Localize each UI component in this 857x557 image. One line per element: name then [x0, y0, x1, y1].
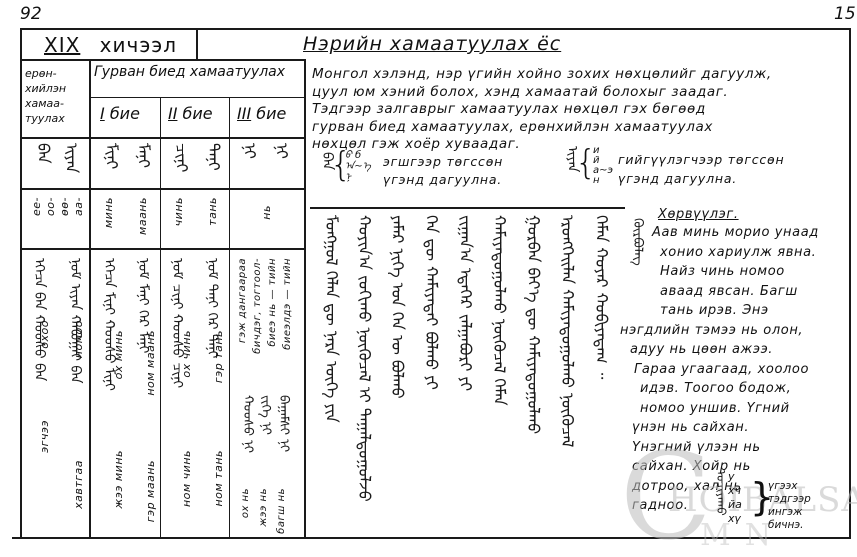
example-cyrillic: гэр маань: [144, 460, 157, 522]
col-general-line: хийлэн: [25, 81, 87, 96]
note-text-line: бичнэ.: [768, 519, 811, 532]
script-third-2: ᠨᠢ: [272, 143, 290, 159]
example-cyrillic: ном маань: [144, 330, 157, 396]
example-cyrillic: ох нь: [240, 488, 251, 518]
example-line: идэв. Тоогоо бодож,: [630, 379, 845, 399]
script-column: ᠵᠢᠭᠠᠨ᠎ᠠ ᠡᠳᠡᠭᠡᠷ ᠵᠠᠯᠭᠠᠪᠤᠷᠢ ᠶᠢ: [456, 215, 474, 391]
explanation-line: Тэдгээр залгаврыг хамаатуулах нөхцөл гэх…: [312, 101, 842, 119]
ending-second: чинь: [172, 197, 185, 226]
note-text: үгээх тэдгээр ингэж бичнэ.: [768, 480, 811, 532]
explanation-line: гурван биед хамаатуулах, ерөнхийлэн хама…: [312, 119, 842, 137]
person-3-header: III бие: [237, 104, 286, 123]
ending-general: аа-: [72, 197, 85, 216]
example-script: ᠵᠢᠭᠡ ᠨᠢ: [256, 395, 274, 435]
rule-letter: ᠨ: [345, 172, 371, 183]
example-line: аваад явсан. Багш: [630, 282, 845, 302]
rule-text-line: эгшгээр төгссөн: [383, 153, 503, 171]
script-second-2: ᠲᠠᠨᠢ: [204, 143, 222, 171]
three-person-header: Гурван биед хамаатуулах: [94, 64, 285, 80]
example-line: номоо уншив. Үгний: [630, 399, 845, 419]
rule-left-letters: ᠪ б ᠠ~ᠡ ᠨ: [345, 150, 371, 183]
example-line: Гараа угаагаад, хоолоо: [630, 360, 845, 380]
example-line: нэгдлийн тэмээ нь олон,: [620, 321, 845, 341]
example-heading: Хөрвүүлэг.: [658, 205, 739, 225]
rule-right-text: гийгүүлэгчээр төгссөн үгэнд дагуулна.: [618, 150, 784, 188]
ending-general: ее-: [30, 197, 43, 216]
example-cyrillic: ном тань: [212, 450, 225, 507]
rule-letter: н: [593, 176, 613, 186]
page-number-left: 92: [20, 4, 42, 24]
col-general-line: хамаа-: [25, 96, 87, 111]
page-number-right: 15: [834, 4, 856, 24]
rule-letter: ᠪ б: [345, 150, 371, 161]
person-numeral: II: [168, 104, 177, 123]
example-cyrillic: жээ нь: [258, 488, 269, 527]
script-general-1: ᠪᠡᠨ: [34, 143, 52, 164]
rule-left-text: эгшгээр төгссөн үгэнд дагуулна.: [383, 153, 503, 189]
example-note: гэж дангаараа: [237, 258, 248, 343]
note-text-line: ингэж: [768, 506, 811, 519]
example-cyrillic: гэр тань: [212, 330, 225, 383]
person-label: бие: [110, 104, 140, 123]
script-second-1: ᠴᠢᠨᠢ: [172, 143, 190, 172]
example-cyrillic: ном чинь: [180, 450, 193, 507]
note-text-line: тэдгээр: [768, 493, 811, 506]
script-column: ᠬᠡᠮᠡᠨ ᠬᠣᠶᠠᠷ ᠬᠤᠪᠢᠶᠠᠳᠠᠭ ᠃: [592, 215, 610, 379]
ending-general: оо-: [44, 197, 57, 216]
person-1-header: I бие: [100, 104, 140, 123]
person-2-header: II бие: [168, 104, 213, 123]
example-line: тань ирэв. Энэ: [630, 301, 845, 321]
script-third-1: ᠨᠢ: [240, 143, 258, 159]
col-general-line: туулах: [25, 111, 87, 126]
explanation-line: цуул юм хэний болох, хэнд хамаатай болох…: [312, 84, 842, 102]
example-line: адуу нь цөөн ажээ.: [630, 340, 845, 360]
example-cyrillic: багш нь: [276, 488, 287, 534]
person-numeral: I: [100, 104, 105, 123]
explanation-paragraph: Монгол хэлэнд, нэр үгийн хойно зохих нөх…: [312, 66, 842, 154]
script-column: ᠬᠣᠶᠢᠨ᠎ᠠ ᠵᠣᠬᠢᠬᠤ ᠨᠥᠬᠦᠴᠡᠯ ᠢ ᠳᠠᠭᠠᠯᠳᠤᠭᠤᠯᠵᠤ: [355, 215, 373, 502]
example-script: ᠬᠣᠣᠰᠣ ᠨᠢ: [238, 395, 256, 453]
example-cyrillic: хавтгаа: [72, 460, 85, 509]
ending-first: минь: [102, 197, 115, 228]
col-general-line: ерөн-: [25, 66, 87, 81]
script-column: ᠭᠤᠷᠪᠠᠨ ᠪᠡᠶ᠎ᠡ ᠳᠦ ᠬᠠᠮᠢᠶᠠᠲᠤᠭᠤᠯᠬᠤ: [524, 215, 542, 434]
person-numeral: III: [237, 104, 251, 123]
example-line: Аав минь морио унаад: [630, 223, 845, 243]
script-column: ᠶᠠᠮᠠᠷ ᠨᠢᠭᠡ ᠡᠳ ᠬᠡᠨ ᠦ ᠪᠣᠯᠬᠤ: [388, 215, 406, 399]
lesson-number: XIX хичээл: [44, 33, 177, 57]
ending-general: өө-: [58, 197, 71, 216]
example-note: бичдэг, тогтоол-: [252, 258, 263, 354]
ending-first: маань: [136, 197, 149, 235]
col-general-header: ерөн- хийлэн хамаа- туулах: [25, 66, 87, 126]
script-first-2: ᠮᠠᠨᠢ: [134, 143, 152, 168]
note-letters: у хч йа хү: [728, 470, 742, 526]
rule-right-letters: и й а~э н: [593, 146, 613, 186]
script-general-2: ᠢᠶᠠᠨ: [62, 143, 80, 173]
note-letter: у: [728, 470, 742, 484]
script-first-1: ᠮᠢᠨᠢ: [102, 143, 120, 169]
person-label: бие: [183, 104, 213, 123]
rule-text-line: үгэнд дагуулна.: [618, 169, 784, 188]
example-line: Найз чинь номоо: [630, 262, 845, 282]
example-note: биеэ нь — тийн: [267, 258, 278, 347]
rule-text-line: гийгүүлэгчээр төгссөн: [618, 150, 784, 169]
script-column: ᠬᠡᠨ ᠳᠦ ᠬᠠᠮᠢᠶᠠᠲᠠᠢ ᠪᠣᠯᠬᠤ ᠶᠢ: [422, 215, 440, 390]
note-letter: йа: [728, 498, 742, 512]
script-column: ᠮᠣᠩᠭᠣᠯ ᠬᠡᠯᠡᠨ ᠳᠦ ᠨᠡᠷᠡ ᠦᠭᠡ ᠶᠢᠨ: [322, 215, 340, 423]
ending-second: тань: [206, 197, 219, 226]
example-cyrillic: номоо: [72, 320, 85, 358]
example-note: биеэлдэ — тийн: [282, 258, 293, 350]
person-label: бие: [256, 104, 286, 123]
note-letter: хү: [728, 512, 742, 526]
example-script: ᠪᠠᠭᠠᠮᠰᠢ ᠨᠢ: [274, 395, 292, 452]
rule-text-line: үгэнд дагуулна.: [383, 171, 503, 189]
note-letter: хч: [728, 484, 742, 498]
example-cyrillic: охоо: [38, 320, 51, 349]
example-line: хонио хариулж явна.: [630, 243, 845, 263]
script-column: ᠬᠠᠮᠢᠶᠠᠲᠤᠭᠤᠯᠬᠤ ᠨᠥᠬᠦᠴᠡᠯ ᠬᠡᠮᠡᠨ: [490, 215, 508, 406]
explanation-line: Монгол хэлэнд, нэр үгийн хойно зохих нөх…: [312, 66, 842, 84]
example-cyrillic: эгчээ: [38, 420, 51, 453]
script-column: ᠡᠷᠦᠩᠬᠡᠢᠯᠡᠨ ᠬᠠᠮᠢᠶᠠᠲᠤᠭᠤᠯᠬᠤ ᠨᠥᠬᠦᠴᠡᠯ: [558, 215, 576, 447]
ending-third: нь: [260, 205, 273, 220]
example-cyrillic: ох минь: [112, 330, 125, 379]
rule-letter: ᠠ~ᠡ: [345, 161, 371, 172]
example-cyrillic: ох чинь: [180, 330, 193, 378]
example-cyrillic: жээ минь: [112, 450, 125, 509]
lesson-numeral: XIX: [44, 33, 80, 57]
topic-title: Нэрийн хамаатуулах ёс: [303, 33, 561, 55]
note-text-line: үгээх: [768, 480, 811, 493]
lesson-word: хичээл: [100, 33, 177, 57]
